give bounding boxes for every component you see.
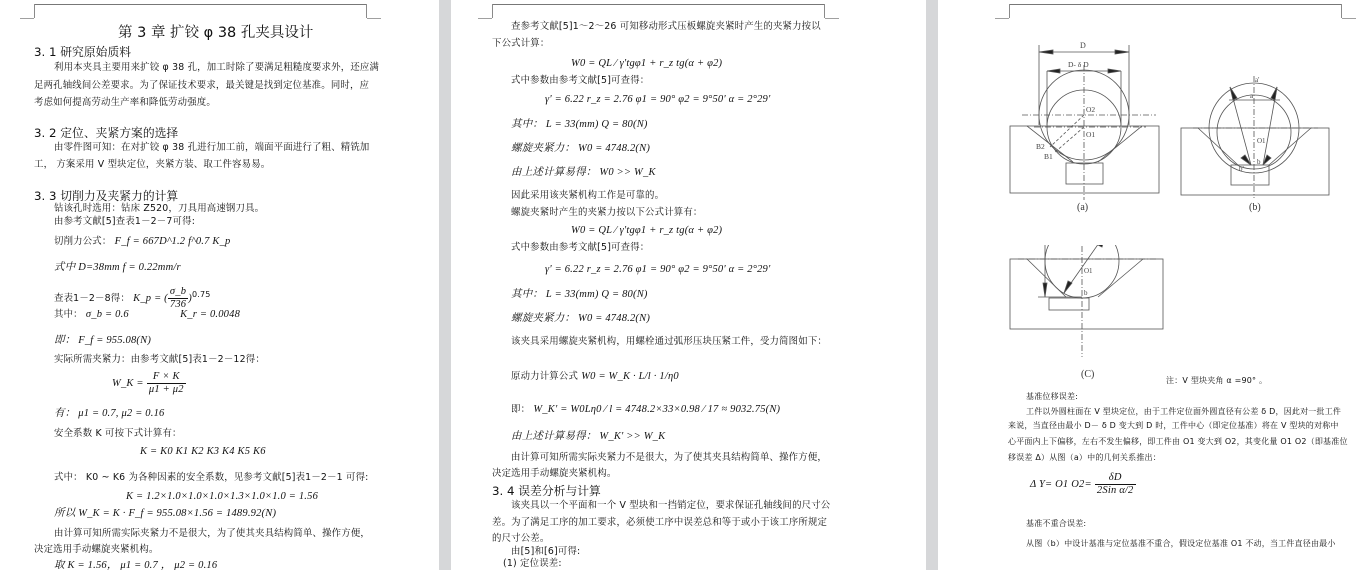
formula-line: 原动力计算公式 W0 = W_K · L/l · 1/η0: [511, 371, 679, 383]
figure-caption-a: (a): [1077, 202, 1088, 213]
formula-line: 螺旋夹紧力： W0 = 4748.2(N): [511, 143, 650, 155]
paragraph-line: 下公式计算：: [492, 38, 549, 50]
figure-note: 注：V 型块夹角 α =90° 。: [1166, 375, 1267, 387]
paragraph-line: 由[5]和[6]可得:: [511, 546, 580, 558]
v-block-diagram-c-top: [998, 240, 1178, 260]
paragraph-line: 由计算可知所需实际夹紧力不是很大，为了使其夹具结构简单、操作方便，: [54, 528, 370, 540]
paragraph-line: 工， 方案采用 V 型块定位，夹紧方装、取工件容易易。: [34, 159, 270, 171]
paragraph-line: 钻该孔时选用：钻床 Z520，刀具用高速钢刀具。: [54, 203, 264, 215]
svg-text:O1: O1: [1084, 267, 1093, 275]
corner-mark-left-h: [995, 18, 1009, 19]
section-heading-3-3: 3. 3 切削力及夹紧力的计算: [34, 187, 178, 204]
document-page-1: 第 3 章 扩铰 φ 38 孔夹具设计 3. 1 研究原始质料 利用本夹具主要用…: [0, 0, 439, 570]
paragraph-line: 决定选用手动螺旋夹紧机构。: [492, 468, 616, 480]
paragraph-line: 因此采用该夹紧机构工作是可靠的。: [511, 190, 664, 202]
svg-text:O1: O1: [1086, 130, 1095, 139]
header-margin-line: [492, 4, 824, 5]
corner-mark-right-h: [825, 18, 839, 19]
list-item: (1) 定位误差:: [503, 558, 562, 570]
paragraph-line: 该夹具以一个平面和一个 V 型块和一挡销定位，要求保证孔轴线间的尺寸公: [511, 500, 830, 512]
svg-text:B2: B2: [1036, 142, 1045, 151]
formula-line: 所以 W_K = K · F_f = 955.08×1.56 = 1489.92…: [54, 508, 276, 520]
corner-mark-right-h: [1342, 18, 1356, 19]
section-heading-3-4: 3. 4 误差分析与计算: [492, 482, 601, 499]
svg-text:B1: B1: [1044, 152, 1053, 161]
corner-mark-left: [1009, 4, 1010, 18]
paragraph-line: 心平面内上下偏移，左右不发生偏移，即工件由 O1 变大到 O2，其变化量 O1 …: [1008, 436, 1348, 448]
svg-text:O2: O2: [1086, 105, 1095, 114]
cutting-force-formula: F_f = 667D^1.2 f^0.7 K_p: [115, 236, 231, 247]
document-page-3: D D- δ D O2 O1 B2 B1 (a) a' a O1 b b' (b…: [938, 0, 1364, 570]
formula-line: 其中： σ_b = 0.6 K_r = 0.0048: [54, 309, 240, 321]
paragraph-line: 差。为了满足工序的加工要求，必须使工序中误差总和等于或小于该工序所规定: [492, 517, 827, 529]
figure-caption-b: (b): [1249, 202, 1261, 213]
delta-y-formula: Δ Y= O1 O2= δD2Sin α/2: [1030, 472, 1136, 497]
paragraph-line: 的尺寸公差。: [492, 533, 549, 545]
v-block-diagram-b: a' a O1 b b': [1173, 70, 1333, 200]
formula-line: 式中 D=38mm f = 0.22mm/r: [54, 262, 181, 274]
subheading: 基准不重合误差:: [1026, 518, 1086, 530]
paragraph-line: 式中参数由参考文献[5]可查得：: [511, 242, 649, 254]
formula-label: 切削力公式：: [54, 236, 111, 247]
formula-line: 即： F_f = 955.08(N): [54, 335, 151, 347]
w0-formula: W0 = QL ⁄ γ'tgφ1 + r_z tg(α + φ2): [571, 225, 722, 237]
clamping-force-formula: W_K = F × Kμ1 + μ2: [112, 371, 186, 396]
paragraph-line: 工件以外圆柱面在 V 型块定位，由于工件定位面外圆直径有公差 δ D，因此对一批…: [1026, 406, 1341, 418]
parameter-values: γ' = 6.22 r_z = 2.76 φ1 = 90° φ2 = 9°50'…: [545, 264, 770, 276]
parameter-values: γ' = 6.22 r_z = 2.76 φ1 = 90° φ2 = 9°50'…: [545, 94, 770, 106]
paragraph-line: 足两孔轴线间公差要求。为了保证技术要求，最关键是找到定位基准。同时，应: [34, 80, 369, 92]
formula-line: K = 1.2×1.0×1.0×1.0×1.3×1.0×1.0 = 1.56: [126, 491, 318, 503]
figure-caption-c: (C): [1081, 369, 1094, 380]
paragraph-line: 该夹具采用螺旋夹紧机构，用螺栓通过弧形压块压紧工件，受力简图如下：: [511, 336, 827, 348]
corner-mark-left-h: [478, 18, 492, 19]
formula-line: 即： W_K' = W0Lη0 ⁄ l = 4748.2×33×0.98 ⁄ 1…: [511, 404, 780, 416]
paragraph-line: 由零件图可知：在对扩铰 φ 38 孔进行加工前，端面平面进行了粗、精铣加: [54, 142, 370, 154]
paragraph-line: 实际所需夹紧力：由参考文献[5]表1－2－12得：: [54, 354, 265, 366]
svg-text:b: b: [1257, 158, 1261, 166]
formula-line: 切削力公式： F_f = 667D^1.2 f^0.7 K_p: [54, 236, 230, 248]
paragraph-line: 式中参数由参考文献[5]可查得：: [511, 75, 649, 87]
svg-text:b: b: [1084, 289, 1088, 297]
svg-text:a': a': [1255, 76, 1259, 84]
formula-line: 由上述计算易得： W_K' >> W_K: [511, 431, 665, 443]
paragraph-line: 安全系数 K 可按下式计算有：: [54, 428, 182, 440]
paragraph-line: 螺旋夹紧时产生的夹紧力按以下公式计算有：: [511, 207, 703, 219]
safety-factor-formula: K = K0 K1 K2 K3 K4 K5 K6: [140, 446, 266, 458]
corner-mark-left-h: [20, 18, 34, 19]
corner-mark-right: [366, 4, 367, 18]
formula-line: 其中： L = 33(mm) Q = 80(N): [511, 289, 648, 301]
chapter-title: 第 3 章 扩铰 φ 38 孔夹具设计: [118, 21, 313, 42]
document-page-2: 查参考文献[5]1～2～26 可知移动形式压板螺旋夹紧时产生的夹紧力按以 下公式…: [451, 0, 926, 570]
corner-mark-left: [492, 4, 493, 18]
paragraph-line: 决定选用手动螺旋夹紧机构。: [34, 544, 158, 556]
paragraph-line: 利用本夹具主要用来扩铰 φ 38 孔，加工时除了要满足粗糙度要求外，还应满: [54, 62, 379, 74]
paragraph-line: 考虑如何提高劳动生产率和降低劳动强度。: [34, 97, 216, 109]
page-gap-2: [926, 0, 938, 570]
paragraph-line: 由参考文献[5]查表1－2－7可得:: [54, 216, 195, 228]
formula-line: 查表1－2－8得： K_p = (σ_b736)0.75: [54, 286, 211, 311]
svg-text:a: a: [1250, 92, 1254, 100]
corner-mark-right-h: [367, 18, 381, 19]
paragraph-line: 从图（b）中设计基准与定位基准不重合，假设定位基准 O1 不动，当工件直径由最小: [1026, 538, 1336, 550]
w0-formula: W0 = QL ⁄ γ'tgφ1 + r_z tg(α + φ2): [571, 58, 722, 70]
formula-line: 有： μ1 = 0.7, μ2 = 0.16: [54, 408, 165, 420]
v-block-diagram-c: O1 b: [998, 245, 1178, 360]
v-block-diagram-a: D D- δ D O2 O1 B2 B1: [998, 35, 1168, 210]
section-heading-3-2: 3. 2 定位、夹紧方案的选择: [34, 124, 178, 141]
paragraph-line: 移误差 Δ）从图（a）中的几何关系推出：: [1008, 452, 1161, 464]
corner-mark-left: [34, 4, 35, 18]
formula-line: 螺旋夹紧力： W0 = 4748.2(N): [511, 313, 650, 325]
header-margin-line: [1009, 4, 1342, 5]
subheading: 基准位移误差:: [1026, 391, 1078, 403]
paragraph-line: 由计算可知所需实际夹紧力不是很大，为了使其夹具结构简单、操作方便，: [511, 452, 827, 464]
page-gap-1: [439, 0, 451, 570]
svg-text:D- δ D: D- δ D: [1068, 60, 1089, 69]
section-heading-3-1: 3. 1 研究原始质料: [34, 43, 131, 60]
svg-text:O1: O1: [1257, 137, 1266, 145]
corner-mark-right: [824, 4, 825, 18]
svg-text:b': b': [1239, 165, 1244, 173]
formula-line: 由上述计算易得： W0 >> W_K: [511, 167, 656, 179]
formula-line: 其中： L = 33(mm) Q = 80(N): [511, 119, 648, 131]
formula-label: 查表1－2－8得：: [54, 293, 130, 304]
formula-line: 取 K = 1.56， μ1 = 0.7 ， μ2 = 0.16: [54, 560, 217, 570]
paragraph-line: 式中： K0 ~ K6 为各种因素的安全系数，见参考文献[5]表1－2－1 可得…: [54, 472, 369, 484]
svg-text:D: D: [1080, 41, 1086, 50]
corner-mark-right: [1341, 4, 1342, 18]
header-margin-line: [34, 4, 367, 5]
paragraph-line: 查参考文献[5]1～2～26 可知移动形式压板螺旋夹紧时产生的夹紧力按以: [511, 21, 821, 33]
paragraph-line: 来说，当直径由最小 D－ δ D 变大到 D 时，工件中心（即定位基准）将在 V…: [1008, 420, 1339, 432]
